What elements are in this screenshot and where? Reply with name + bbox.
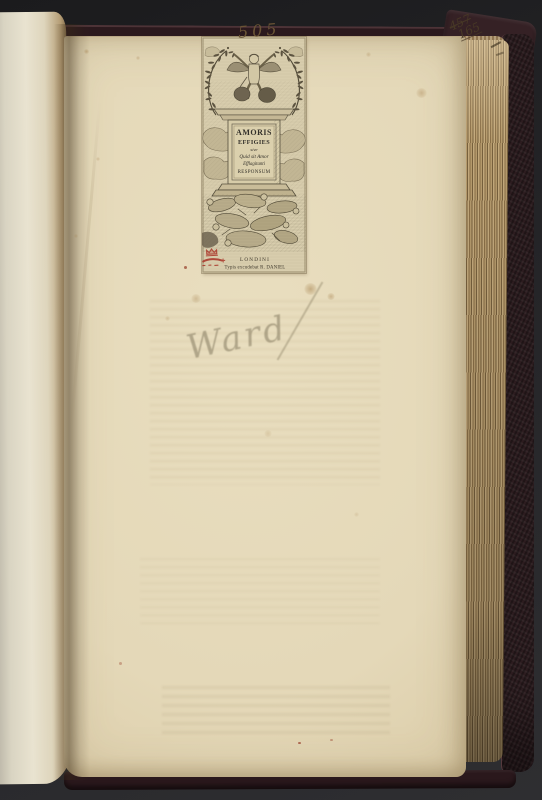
tablet-line-2: EFFIGIES <box>238 139 270 146</box>
foxing-spot <box>165 316 170 321</box>
foxing-spot <box>416 88 427 98</box>
text-show-through <box>140 558 380 630</box>
ink-fleck <box>298 742 301 744</box>
foxing-spot <box>84 49 89 54</box>
foxing-spot <box>136 56 140 60</box>
tablet-line-5: Efflagitanti <box>242 162 266 167</box>
stamp-fleck <box>184 266 187 269</box>
text-show-through <box>162 686 390 734</box>
manuscript-number: 505 <box>237 19 281 42</box>
book-photograph: AMORIS EFFIGIES sive Quid sit Amor Effla… <box>0 0 542 800</box>
foxing-spot <box>74 234 78 238</box>
foxing-spot <box>191 294 201 303</box>
foxing-spot <box>96 157 100 161</box>
ink-fleck <box>119 662 122 665</box>
engraved-frontispiece: AMORIS EFFIGIES sive Quid sit Amor Effla… <box>202 37 306 273</box>
facing-page <box>0 12 74 785</box>
tablet-line-6: RESPONSUM <box>238 170 271 175</box>
prostrate-figures <box>202 192 306 252</box>
tablet-line-1: AMORIS <box>236 128 272 137</box>
foxing-spot <box>354 512 359 517</box>
tablet-line-3: sive <box>250 147 257 152</box>
tablet-line-4: Quid sit Amor <box>239 154 269 160</box>
engraving-art: AMORIS EFFIGIES sive Quid sit Amor Effla… <box>202 37 306 273</box>
foxing-spot <box>264 430 272 437</box>
imprint-line-2: Typis excudebat R. DANIEL <box>225 266 286 271</box>
foxing-spot <box>366 52 371 57</box>
foxing-spot <box>327 293 335 300</box>
ink-fleck <box>330 739 333 741</box>
imprint-line-1: LONDINI <box>240 257 270 263</box>
crown-stamp-icon <box>198 244 227 271</box>
